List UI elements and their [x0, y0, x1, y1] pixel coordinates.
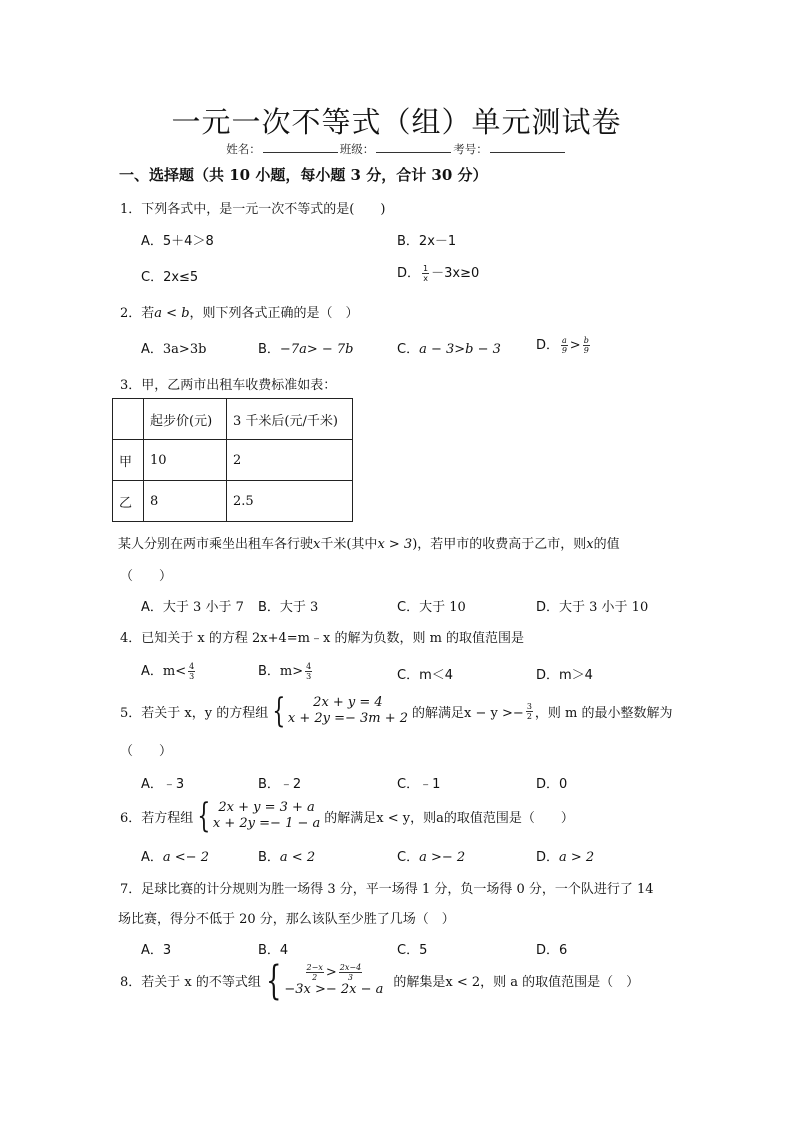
question-4-option-c[interactable]: C．m＜4 — [397, 664, 453, 683]
option-label: B． — [258, 664, 280, 679]
page-title: 一元一次不等式（组）单元测试卷 — [0, 100, 793, 141]
question-4-stem: 4．已知关于 x 的方程 2x+4=m﹣x 的解为负数，则 m 的取值范围是 — [120, 627, 524, 646]
question-5-option-b[interactable]: B．﹣2 — [258, 773, 301, 792]
option-text: 5＋4＞8 — [163, 234, 214, 249]
table-row: 甲 10 2 — [113, 440, 353, 481]
option-text: m< — [163, 664, 186, 679]
option-label: C． — [397, 943, 419, 958]
option-label: D． — [536, 777, 559, 792]
question-7-stem-line1: 7．足球比赛的计分规则为胜一场得 3 分，平一场得 1 分，负一场得 0 分，一… — [120, 878, 654, 897]
option-label: A． — [141, 850, 163, 865]
fraction-denominator: 9 — [583, 346, 590, 355]
stem-text: 某人分别在两市乘坐出租车各行驶 — [118, 537, 313, 552]
fraction: 2x−43 — [339, 963, 362, 982]
question-1-option-d[interactable]: D．1x－3x≥0 — [397, 262, 479, 283]
table-header-row: 起步价(元) 3 千米后(元/千米) — [113, 399, 353, 440]
option-label: A． — [141, 943, 163, 958]
option-label: C． — [397, 342, 419, 357]
fraction-denominator: 2 — [306, 973, 324, 982]
option-text: ﹣2 — [280, 777, 301, 792]
fraction-numerator: 4 — [305, 662, 312, 672]
system-row: x + 2y =− 1 − a — [213, 816, 320, 832]
question-2-option-b[interactable]: B．−7a> − 7b — [258, 338, 353, 357]
option-label: A． — [141, 234, 163, 249]
brace-icon: { — [273, 694, 286, 728]
option-text: 5 — [419, 943, 427, 958]
stem-text: 的值 — [594, 537, 620, 552]
operator: > — [326, 965, 337, 981]
table-cell: 10 — [144, 440, 227, 481]
option-label: C． — [141, 270, 163, 285]
fraction: a9 — [561, 336, 568, 355]
question-2-option-a[interactable]: A．3a>3b — [141, 338, 206, 357]
question-6-stem: 6．若方程组 {2x + y = 3 + ax + 2y =− 1 − a 的解… — [120, 799, 574, 833]
option-label: D． — [397, 266, 420, 281]
answer-paren: （ ） — [120, 740, 172, 759]
question-4-option-d[interactable]: D．m＞4 — [536, 664, 593, 683]
option-label: D． — [536, 338, 559, 353]
fare-table: 起步价(元) 3 千米后(元/千米) 甲 10 2 乙 8 2.5 — [112, 398, 353, 522]
system-row: 2x + y = 4 — [288, 695, 408, 711]
fraction-denominator: 3 — [339, 973, 362, 982]
table-cell: 起步价(元) — [144, 399, 227, 440]
stem-text: 6．若方程组 — [120, 807, 193, 826]
stem-text: 的解集是x < 2，则 a 的取值范围是（ ） — [393, 971, 639, 990]
option-label: D． — [536, 943, 559, 958]
id-blank[interactable] — [490, 141, 565, 153]
name-label: 姓名： — [226, 142, 261, 156]
system-rows: 2−x2 > 2x−43 −3x >− 2x − a — [284, 963, 383, 998]
option-text: 大于 10 — [419, 600, 466, 615]
option-text: 3a>3b — [163, 342, 207, 357]
option-text: 0 — [559, 777, 567, 792]
stem-text: 5．若关于 x，y 的方程组 — [120, 702, 268, 721]
question-3-option-c[interactable]: C．大于 10 — [397, 596, 466, 615]
stem-text: 8．若关于 x 的不等式组 — [120, 971, 261, 990]
option-text: 3 — [163, 943, 171, 958]
option-label: D． — [536, 668, 559, 683]
fraction: 43 — [188, 662, 195, 681]
option-label: D． — [536, 600, 559, 615]
brace-icon: { — [266, 964, 281, 998]
question-3-stem: 3．甲，乙两市出租车收费标准如表： — [120, 374, 336, 393]
system-rows: 2x + y = 4x + 2y =− 3m + 2 — [288, 695, 408, 727]
stem-text: ，则下列各式正确的是（ ） — [190, 306, 359, 321]
fraction-numerator: 3 — [526, 702, 533, 712]
option-text: −7a> − 7b — [280, 342, 354, 357]
option-text: ﹣3 — [163, 777, 184, 792]
fraction-denominator: 3 — [305, 672, 312, 681]
stem-text: ，则 m 的最小整数解为 — [535, 702, 673, 721]
fraction: 43 — [305, 662, 312, 681]
fraction-denominator: 3 — [188, 672, 195, 681]
option-label: B． — [258, 850, 280, 865]
table-cell: 乙 — [113, 481, 144, 522]
stem-text: )，若甲市的收费高于乙市，则 — [412, 537, 586, 552]
option-text: 4 — [280, 943, 288, 958]
fraction-numerator: a — [561, 336, 568, 346]
table-cell: 2.5 — [227, 481, 353, 522]
table-cell: 8 — [144, 481, 227, 522]
option-text: m＞4 — [559, 668, 593, 683]
table-row: 乙 8 2.5 — [113, 481, 353, 522]
question-7-option-b[interactable]: B．4 — [258, 939, 288, 958]
question-1-option-b[interactable]: B．2x－1 — [397, 230, 456, 249]
section-heading: 一、选择题（共 10 小题，每小题 3 分，合计 30 分） — [119, 164, 488, 185]
option-text: a > 2 — [559, 850, 594, 865]
question-5-option-a[interactable]: A．﹣3 — [141, 773, 184, 792]
fraction-numerator: 4 — [188, 662, 195, 672]
class-label: 班级： — [340, 142, 375, 156]
question-1-option-a[interactable]: A．5＋4＞8 — [141, 230, 214, 249]
option-label: B． — [258, 777, 280, 792]
question-2-option-d[interactable]: D．a9>b9 — [536, 334, 592, 355]
question-3-option-a[interactable]: A．大于 3 小于 7 — [141, 596, 244, 615]
option-text: m> — [280, 664, 303, 679]
option-text: m＜4 — [419, 668, 453, 683]
option-label: B． — [397, 234, 419, 249]
equation-system: {2x + y = 3 + ax + 2y =− 1 − a — [193, 799, 320, 833]
fraction: b9 — [583, 336, 590, 355]
fraction-numerator: b — [583, 336, 590, 346]
question-6-option-a[interactable]: A．a <− 2 — [141, 846, 209, 865]
option-text: a >− 2 — [419, 850, 465, 865]
option-label: C． — [397, 668, 419, 683]
system-row: 2x + y = 3 + a — [213, 800, 320, 816]
answer-paren: （ ） — [120, 565, 172, 584]
question-6-option-d[interactable]: D．a > 2 — [536, 846, 594, 865]
name-blank[interactable] — [263, 141, 338, 153]
option-text: 大于 3 小于 7 — [163, 600, 244, 615]
fraction: 32 — [526, 702, 533, 721]
question-3-option-b[interactable]: B．大于 3 — [258, 596, 318, 615]
table-cell — [113, 399, 144, 440]
option-text: a < 2 — [280, 850, 315, 865]
question-3-stem-continued: 某人分别在两市乘坐出租车各行驶x千米(其中x > 3)，若甲市的收费高于乙市，则… — [118, 533, 620, 552]
fraction-numerator: 2−x — [306, 963, 324, 973]
option-label: A． — [141, 600, 163, 615]
option-label: A． — [141, 777, 163, 792]
question-2-option-c[interactable]: C．a − 3>b − 3 — [397, 338, 501, 357]
question-6-option-b[interactable]: B．a < 2 — [258, 846, 315, 865]
option-text: 2x－1 — [419, 234, 456, 249]
question-3-option-d[interactable]: D．大于 3 小于 10 — [536, 596, 648, 615]
question-4-option-b[interactable]: B．m>43 — [258, 660, 314, 681]
table-cell: 2 — [227, 440, 353, 481]
option-text: 6 — [559, 943, 567, 958]
table-cell: 3 千米后(元/千米) — [227, 399, 353, 440]
student-info-line: 姓名：班级：考号： — [0, 141, 793, 157]
fraction: 1x — [422, 264, 429, 283]
option-label: B． — [258, 943, 280, 958]
option-label: C． — [397, 600, 419, 615]
option-label: C． — [397, 777, 419, 792]
fraction-denominator: x — [422, 274, 429, 283]
option-label: C． — [397, 850, 419, 865]
option-label: A． — [141, 342, 163, 357]
option-text: ﹣1 — [419, 777, 440, 792]
id-label: 考号： — [453, 142, 488, 156]
option-text: a − 3>b − 3 — [419, 342, 501, 357]
question-5-option-d[interactable]: D．0 — [536, 773, 567, 792]
fraction-numerator: 1 — [422, 264, 429, 274]
option-text: a <− 2 — [163, 850, 209, 865]
option-text: －3x≥0 — [431, 266, 479, 281]
class-blank[interactable] — [376, 141, 451, 153]
question-7-option-c[interactable]: C．5 — [397, 939, 427, 958]
equation-system: {2x + y = 4x + 2y =− 3m + 2 — [268, 694, 408, 728]
question-6-option-c[interactable]: C．a >− 2 — [397, 846, 465, 865]
fraction: 2−x2 — [306, 963, 324, 982]
system-row: x + 2y =− 3m + 2 — [288, 711, 408, 727]
brace-icon: { — [198, 799, 211, 833]
question-4-option-a[interactable]: A．m<43 — [141, 660, 197, 681]
option-text: 大于 3 小于 10 — [559, 600, 648, 615]
stem-text: 2．若 — [120, 306, 154, 321]
table-cell: 甲 — [113, 440, 144, 481]
option-label: D． — [536, 850, 559, 865]
question-1-option-c[interactable]: C．2x≤5 — [141, 266, 198, 285]
inequality-system: { 2−x2 > 2x−43 −3x >− 2x − a — [261, 963, 384, 998]
stem-math: a < b — [154, 306, 189, 321]
stem-text: 的解满足x − y >− — [412, 702, 524, 721]
question-7-option-a[interactable]: A．3 — [141, 939, 171, 958]
stem-text: 千米(其中 — [320, 537, 377, 552]
system-rows: 2x + y = 3 + ax + 2y =− 1 − a — [213, 800, 320, 832]
system-row: 2−x2 > 2x−43 — [284, 963, 383, 982]
option-label: B． — [258, 600, 280, 615]
question-5-option-c[interactable]: C．﹣1 — [397, 773, 440, 792]
operator: > — [570, 338, 581, 353]
fraction-numerator: 2x−4 — [339, 963, 362, 973]
question-8-stem: 8．若关于 x 的不等式组 { 2−x2 > 2x−43 −3x >− 2x −… — [120, 963, 639, 998]
question-5-stem: 5．若关于 x，y 的方程组 {2x + y = 4x + 2y =− 3m +… — [120, 694, 673, 728]
fraction-denominator: 9 — [561, 346, 568, 355]
question-1-stem: 1．下列各式中，是一元一次不等式的是( ) — [120, 198, 385, 217]
question-7-stem-line2: 场比赛，得分不低于 20 分，那么该队至少胜了几场（ ） — [118, 908, 455, 927]
option-text: 大于 3 — [280, 600, 318, 615]
system-row: −3x >− 2x − a — [284, 982, 383, 998]
option-text: 2x≤5 — [163, 270, 198, 285]
option-label: A． — [141, 664, 163, 679]
question-2-stem: 2．若a < b，则下列各式正确的是（ ） — [120, 302, 359, 321]
stem-math: x — [586, 537, 593, 552]
question-7-option-d[interactable]: D．6 — [536, 939, 567, 958]
stem-text: 的解满足x < y，则a的取值范围是（ ） — [324, 807, 574, 826]
stem-math: x > 3 — [377, 537, 412, 552]
option-label: B． — [258, 342, 280, 357]
fraction-denominator: 2 — [526, 712, 533, 721]
